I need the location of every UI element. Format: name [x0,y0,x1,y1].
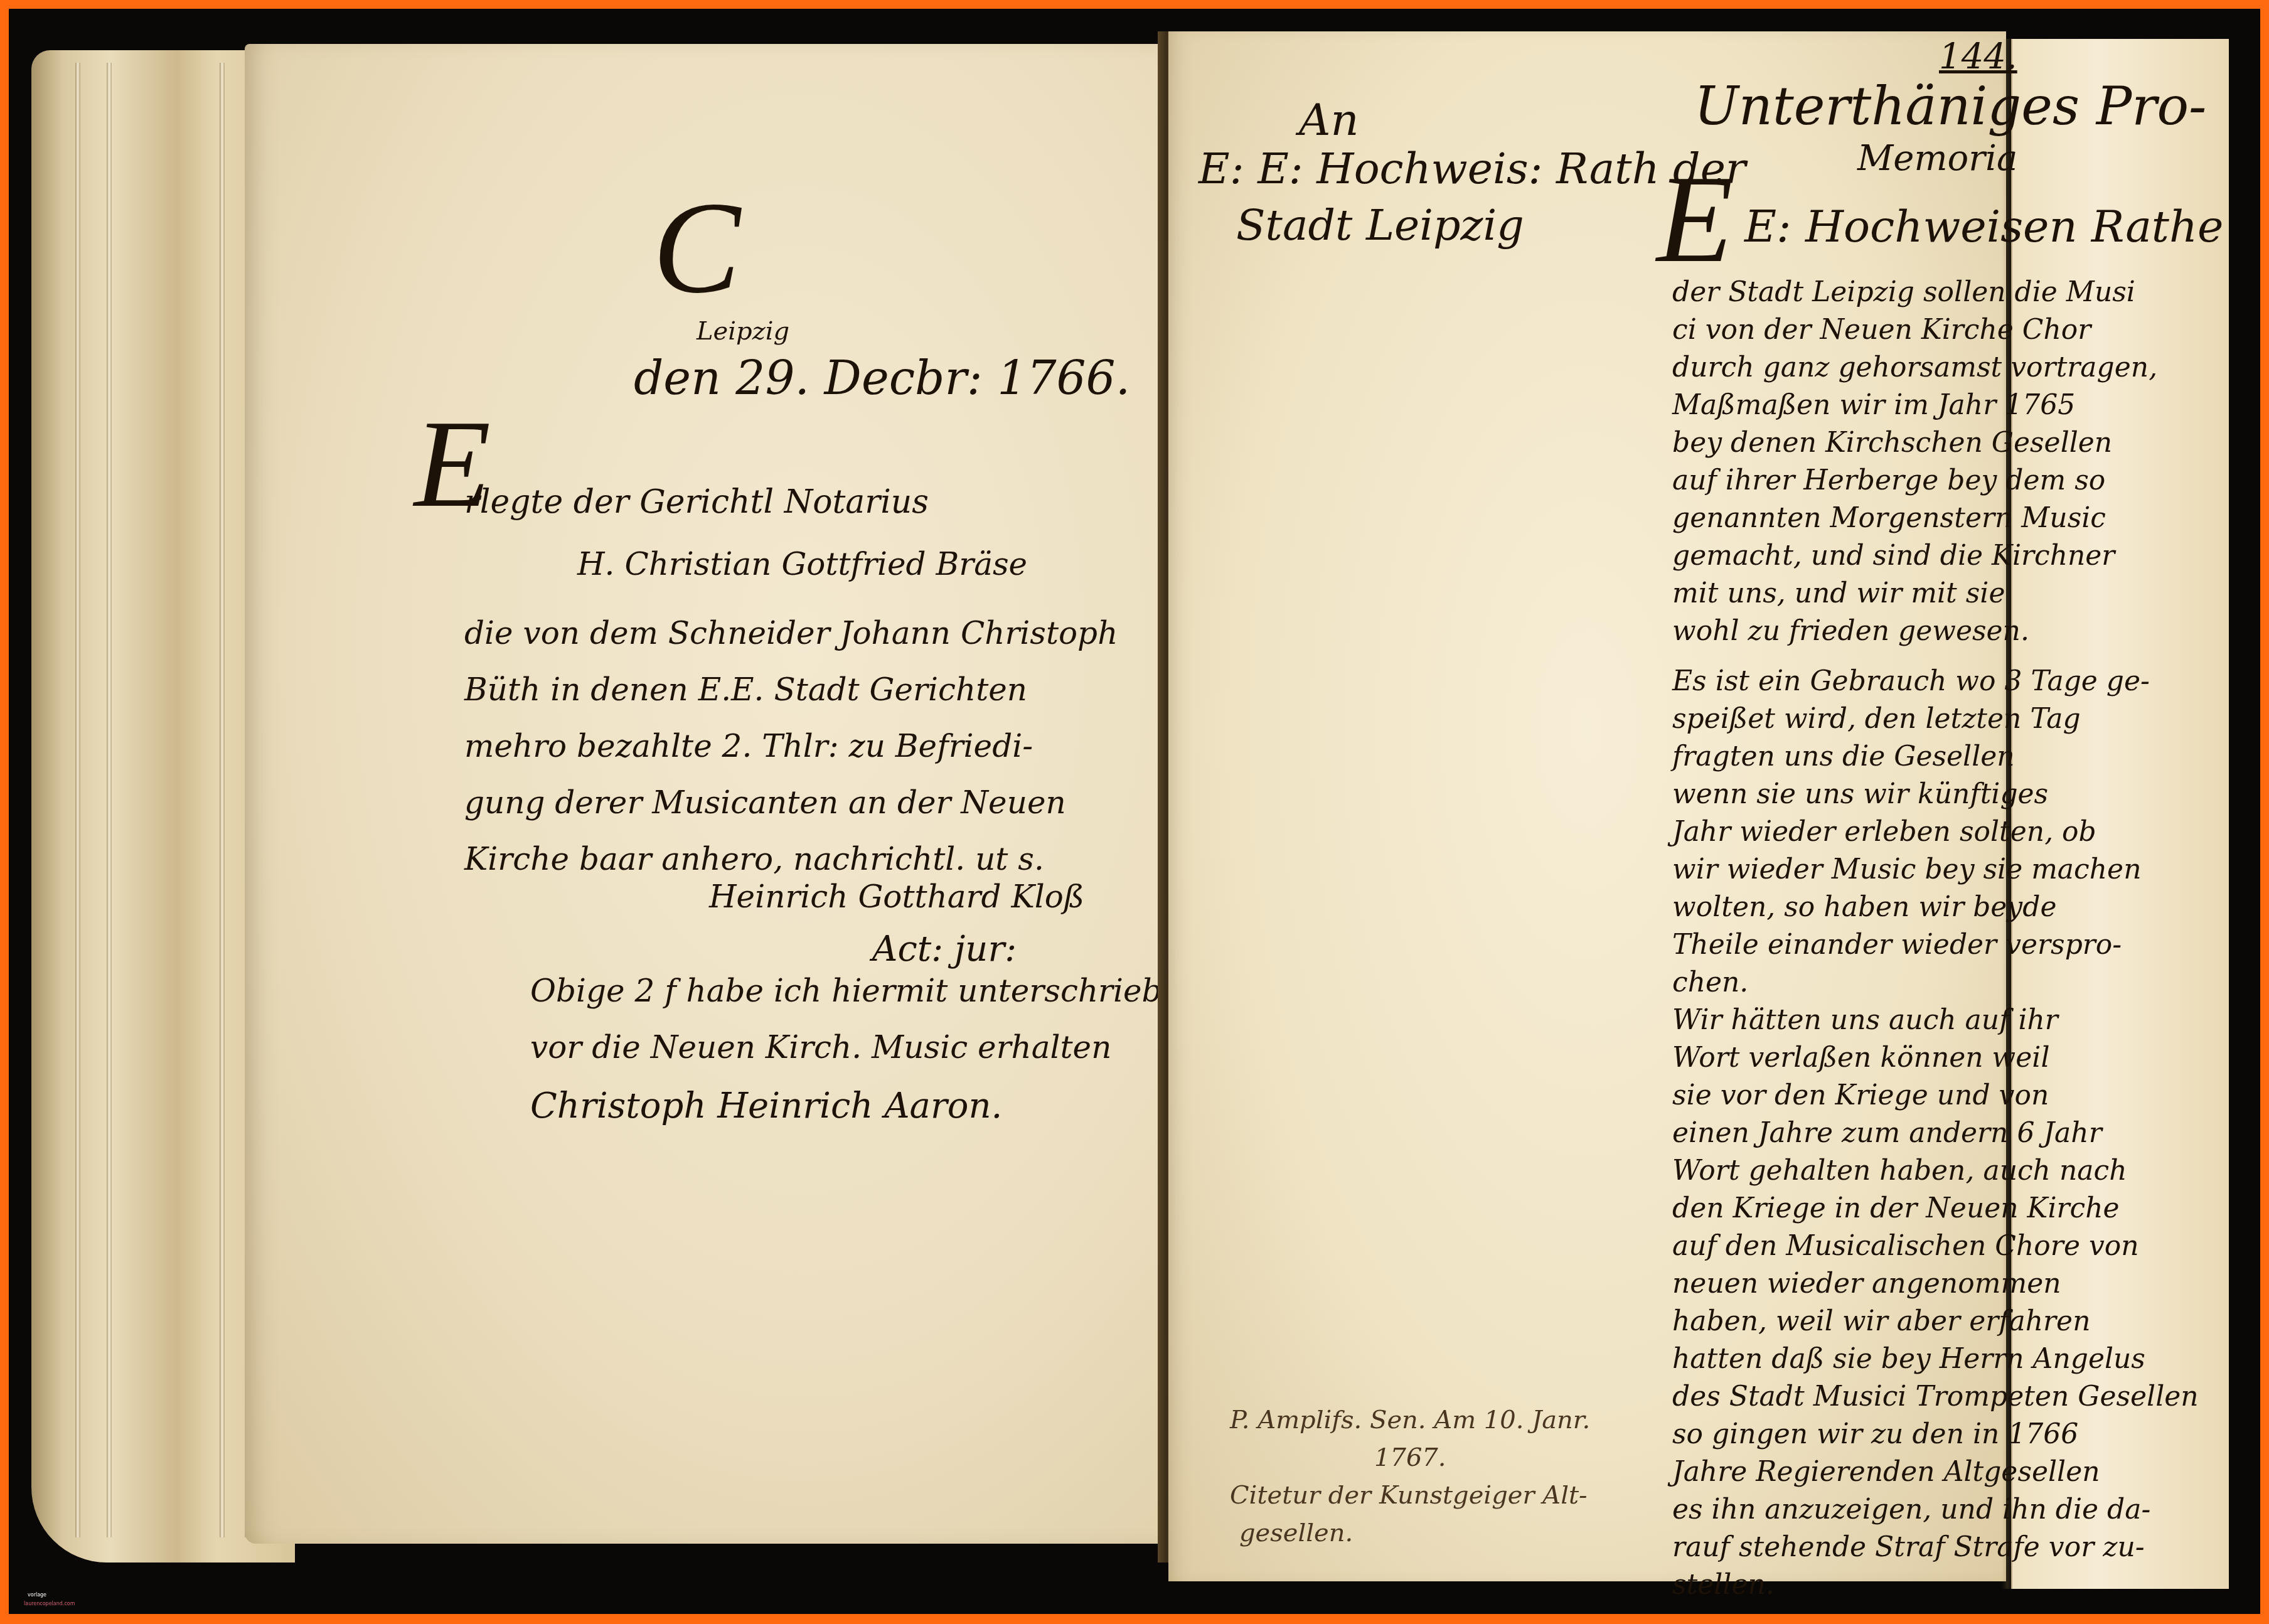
text-line: rauf stehende Straf Strafe vor zu- [1672,1531,2145,1563]
text-line: H. Christian Gottfried Bräse [577,546,1027,582]
text-line: durch ganz gehorsamst vortragen, [1672,351,2157,383]
memorial-title-2: Memoria [1857,138,2017,179]
memorial-salutation: E: Hochweisen Rathe [1744,201,2224,252]
text-line: wir wieder Music bey sie machen [1672,853,2141,885]
endorsement-line-3: gesellen. [1239,1519,1353,1547]
text-line: vor die Neuen Kirch. Music erhalten [530,1029,1111,1066]
text-line: Theile einander wieder verspro- [1672,929,2122,961]
address-prefix: An [1299,94,1359,146]
text-line: speißet wird, den letzten Tag [1672,703,2081,735]
text-line: einen Jahre zum andern 6 Jahr [1672,1117,2102,1149]
text-line: neuen wieder angenommen [1672,1268,2061,1300]
text-line: Christoph Heinrich Aaron. [530,1086,1002,1126]
page-edge [220,63,225,1537]
text-line: bey denen Kirchschen Gesellen [1672,427,2112,459]
text-line: Es ist ein Gebrauch wo 3 Tage ge- [1672,665,2150,697]
folio-number: 144. [1939,36,2017,77]
text-line: Wort gehalten haben, auch nach [1672,1155,2127,1187]
text-line: Wir hätten uns auch auf ihr [1672,1004,2058,1036]
text-line: gemacht, und sind die Kirchner [1672,540,2115,572]
text-line: auf ihrer Herberge bey dem so [1672,464,2105,496]
text-line: mehro bezahlte 2. Thlr: zu Befriedi- [464,728,1033,764]
text-line: gung derer Musicanten an der Neuen [464,784,1066,821]
text-line: hatten daß sie bey Herrn Angelus [1672,1343,2145,1375]
decorative-initial: C [653,182,740,314]
text-line: rlegte der Gerichtl Notarius [464,483,929,521]
watermark: vorlage laurencopeland.com [24,1591,75,1608]
text-line: fragten uns die Gesellen [1672,740,2015,772]
text-line: Wort verlaßen können weil [1672,1042,2049,1074]
address-line-2: Stadt Leipzig [1236,201,1524,250]
text-line: so gingen wir zu den in 1766 [1672,1418,2078,1450]
place-name: Leipzig [697,317,789,346]
salutation-initial: E [1657,157,1733,282]
text-line: haben, weil wir aber erfahren [1672,1305,2090,1337]
text-line: es ihn anzuzeigen, und ihn die da- [1672,1493,2150,1525]
watermark-site: laurencopeland.com [24,1600,75,1608]
act-note: Act: jur: [872,929,1017,970]
text-line: sie vor den Kriege und von [1672,1079,2049,1111]
document-date: den 29. Decbr: 1766. [634,351,1130,405]
endorsement-line-2: Citetur der Kunstgeiger Alt- [1230,1481,1588,1510]
text-line: die von dem Schneider Johann Christoph [464,615,1118,651]
text-line: auf den Musicalischen Chore von [1672,1230,2139,1262]
text-line: wolten, so haben wir beyde [1672,891,2056,923]
text-line: Maßmaßen wir im Jahr 1765 [1672,389,2075,421]
text-line: mit uns, und wir mit sie [1672,577,2005,609]
text-line: Jahre Regierenden Altgesellen [1672,1456,2100,1488]
text-line: wohl zu frieden gewesen. [1672,615,2029,647]
memorial-title: Unterthäniges Pro- [1694,75,2206,137]
watermark-label: vorlage [28,1591,75,1600]
text-line: stellen. [1672,1569,1775,1601]
text-line: genannten Morgenstern Music [1672,502,2106,534]
text-line: ci von der Neuen Kirche Chor [1672,314,2091,346]
text-line: wenn sie uns wir künftiges [1672,778,2048,810]
text-line: Büth in denen E.E. Stadt Gerichten [464,671,1027,708]
text-line: Jahr wieder erleben solten, ob [1672,816,2096,848]
text-line: der Stadt Leipzig sollen die Musi [1672,276,2135,308]
text-line: Obige 2 f habe ich hiermit unterschrieb [530,973,1162,1009]
page-edge [75,63,80,1537]
text-line: den Kriege in der Neuen Kirche [1672,1192,2120,1224]
endorsement-year: 1767. [1374,1443,1446,1472]
signature: Heinrich Gotthard Kloß [709,879,1084,915]
endorsement-line-1: P. Amplifs. Sen. Am 10. Janr. [1230,1406,1590,1434]
text-line: chen. [1672,966,1748,998]
page-edge [107,63,112,1537]
text-line: des Stadt Musici Trompeten Gesellen [1672,1381,2199,1413]
text-line: Kirche baar anhero, nachrichtl. ut s. [464,841,1044,877]
